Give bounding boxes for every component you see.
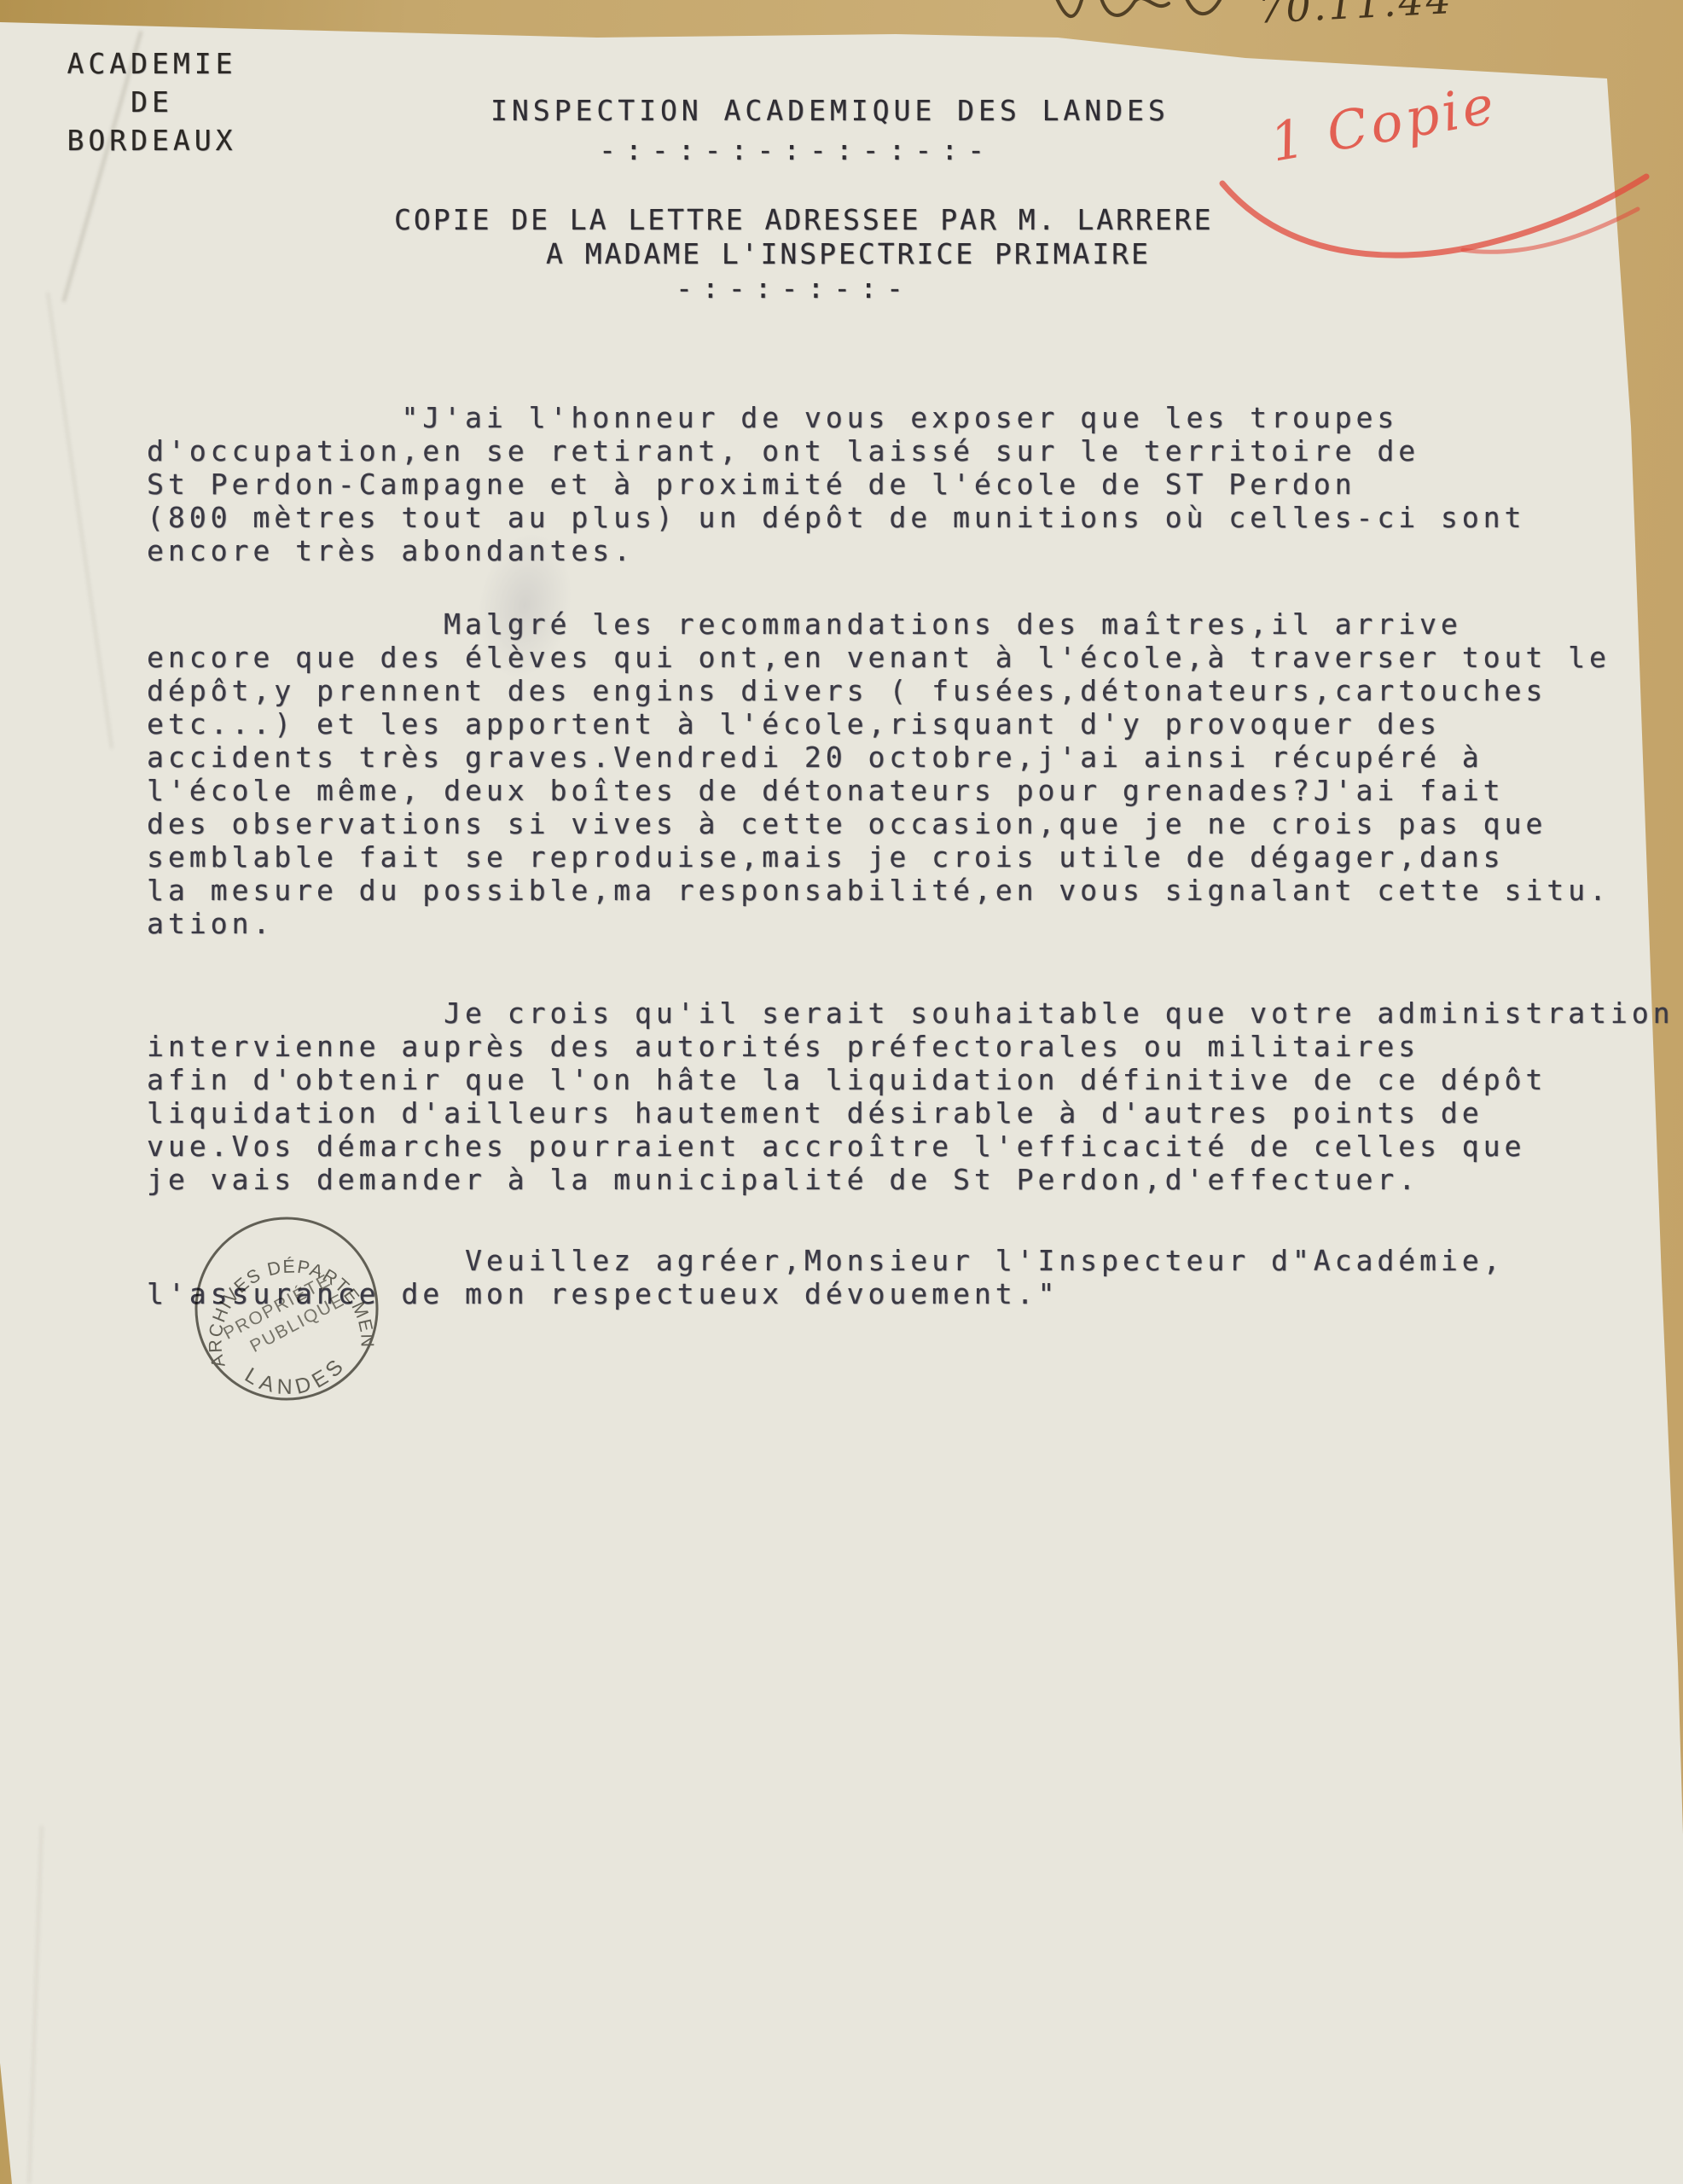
scanned-letter-page: { "annotations": { "top_ink_note": "70.1… <box>0 0 1683 2184</box>
svg-text:LANDES: LANDES <box>238 1350 355 1407</box>
red-underline-flourish <box>1207 149 1668 277</box>
office-heading: INSPECTION ACADEMIQUE DES LANDES <box>490 94 1169 127</box>
separator-ornament: -:-:-:-:- <box>676 271 913 305</box>
academy-letterhead: ACADEMIE DE BORDEAUX <box>41 44 263 160</box>
paragraph-1: "J'ai l'honneur de vous exposer que les … <box>147 401 1525 567</box>
typed-text-layer: ACADEMIE DE BORDEAUX INSPECTION ACADEMIQ… <box>0 0 1683 2184</box>
stamp-arc-bottom-text: LANDES <box>238 1350 355 1407</box>
separator-ornament: -:-:-:-:-:-:-:- <box>599 133 994 166</box>
paragraph-2: Malgré les recommandations des maîtres,i… <box>147 607 1610 940</box>
copy-title-line1: COPIE DE LA LETTRE ADRESSEE PAR M. LARRE… <box>394 203 1213 236</box>
archives-departementales-stamp: ARCHIVES DÉPARTEMENTALES LANDES PROPRIÉT… <box>174 1196 399 1421</box>
copy-title-line2: A MADAME L'INSPECTRICE PRIMAIRE <box>546 237 1151 270</box>
illegible-ink-scribble <box>1049 0 1262 32</box>
paragraph-3: Je crois qu'il serait souhaitable que vo… <box>147 996 1674 1196</box>
